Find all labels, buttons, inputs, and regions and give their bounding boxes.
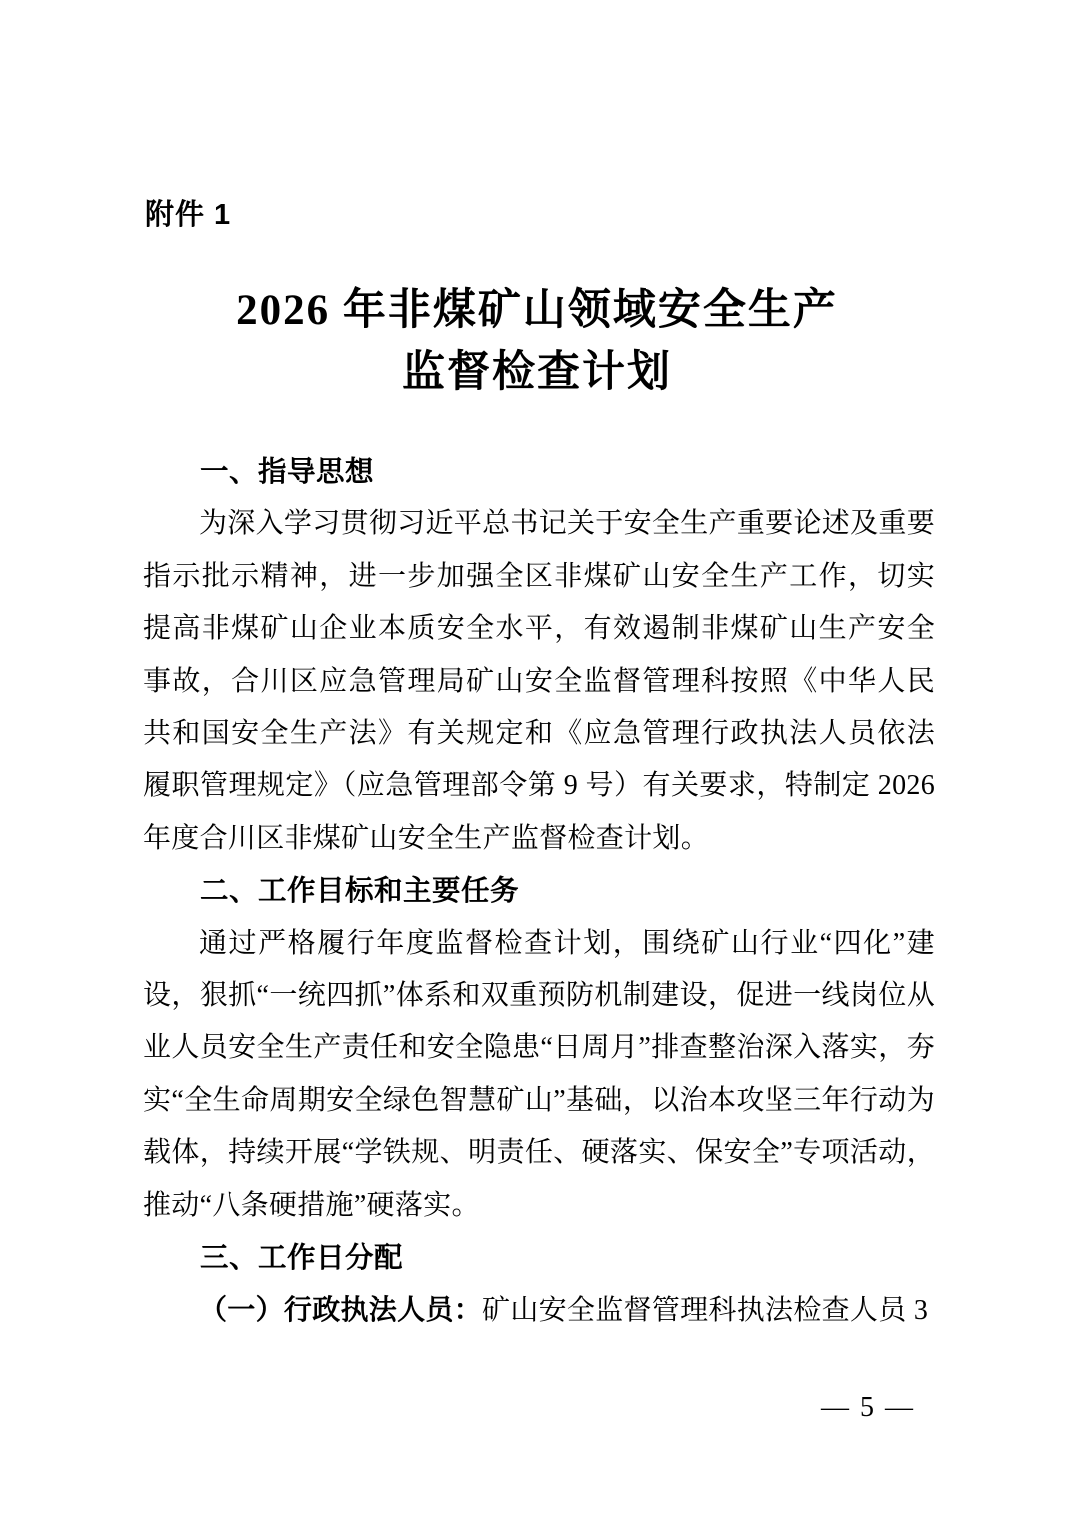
attachment-label: 附件 1 (145, 198, 231, 232)
section-heading-guiding-ideology: 一、指导思想 (143, 446, 935, 498)
list-item-enforcement-personnel: （一）行政执法人员：矿山安全监督管理科执法检查人员 3 (143, 1285, 935, 1337)
section-heading-goals-tasks: 二、工作目标和主要任务 (143, 865, 935, 917)
paragraph-guiding-ideology: 为深入学习贯彻习近平总书记关于安全生产重要论述及重要指示批示精神，进一步加强全区… (143, 498, 935, 865)
list-item-text: 矿山安全监督管理科执法检查人员 3 (482, 1295, 928, 1326)
page-number: — 5 — (821, 1392, 915, 1424)
section-heading-workday-allocation: 三、工作日分配 (143, 1232, 935, 1284)
document-page: 附件 1 2026 年非煤矿山领域安全生产 监督检查计划 一、指导思想 为深入学… (0, 0, 1074, 1520)
document-title-line-1: 2026 年非煤矿山领域安全生产 (0, 280, 1074, 342)
document-title: 2026 年非煤矿山领域安全生产 监督检查计划 (0, 280, 1074, 404)
document-body: 一、指导思想 为深入学习贯彻习近平总书记关于安全生产重要论述及重要指示批示精神，… (143, 446, 935, 1337)
list-item-lead: （一）行政执法人员： (199, 1295, 482, 1326)
document-title-line-2: 监督检查计划 (0, 342, 1074, 404)
paragraph-goals-tasks: 通过严格履行年度监督检查计划，围绕矿山行业“四化”建设，狠抓“一统四抓”体系和双… (143, 918, 935, 1232)
